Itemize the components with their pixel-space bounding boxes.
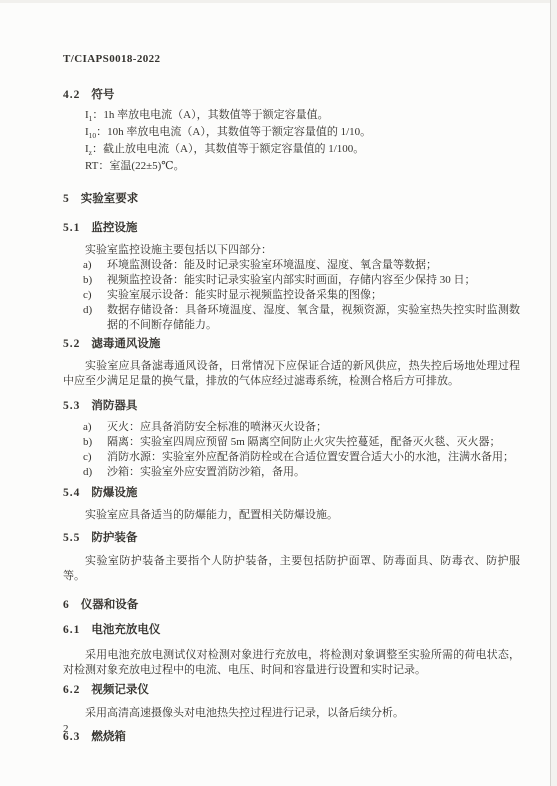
heading-4-2: 4.2符号 [63,88,520,103]
paragraph: 采用电池充放电测试仪对检测对象进行充放电，将检测对象调整至实验所需的荷电状态，对… [63,648,520,678]
page-content: T/CIAPS0018-2022 4.2符号 I1：1h 率放电电流（A），其数… [63,52,520,745]
list-item-text: 消防水源：实验室外应配备消防栓或在合适位置安置合适大小的水池，注满水备用； [107,450,520,465]
heading-5-3: 5.3消防器具 [63,399,520,414]
page-edge-line [550,0,551,786]
list-item-text: 沙箱：实验室外应安置消防沙箱，备用。 [107,465,520,480]
list-item: b)隔离：实验室四周应预留 5m 隔离空间防止火灾失控蔓延，配备灭火毯、灭火器； [63,435,520,450]
list-item-text: 实验室展示设备：能实时显示视频监控设备采集的图像； [107,288,520,303]
heading-number: 5.3 [63,399,80,414]
fire-equipment-list-block: a)灭火：应具备消防安全标准的喷淋灭火设备； b)隔离：实验室四周应预留 5m … [63,420,520,480]
list-item: c)消防水源：实验室外应配备消防栓或在合适位置安置合适大小的水池，注满水备用； [63,450,520,465]
heading-5-1: 5.1监控设施 [63,221,520,236]
document-page: T/CIAPS0018-2022 4.2符号 I1：1h 率放电电流（A），其数… [0,0,557,786]
symbol-item: I1：1h 率放电电流（A），其数值等于额定容量值。 [85,107,520,124]
heading-title: 实验室要求 [81,193,139,205]
list-item: b)视频监控设备：能实时记录实验室内部实时画面，存储内容至少保持 30 日； [63,273,520,288]
heading-number: 5.2 [63,337,80,352]
heading-title: 视频记录仪 [91,684,149,696]
list-marker: b) [63,435,107,450]
paragraph: 实验室应具备滤毒通风设备，日常情况下应保证合适的新风供应，热失控后场地处理过程中… [63,359,520,389]
heading-5-4: 5.4防爆设施 [63,486,520,501]
heading-5: 5实验室要求 [63,192,520,207]
heading-5-2: 5.2滤毒通风设施 [63,337,520,352]
heading-6-2: 6.2视频记录仪 [63,683,520,698]
list-item-text: 灭火：应具备消防安全标准的喷淋灭火设备； [107,420,520,435]
list-marker: a) [63,420,107,435]
list-marker: a) [63,258,107,273]
heading-title: 电池充放电仪 [91,624,160,636]
list-item: a)环境监测设备：能及时记录实验室环境温度、湿度、氧含量等数据； [63,258,520,273]
list-item-text: 隔离：实验室四周应预留 5m 隔离空间防止火灾失控蔓延，配备灭火毯、灭火器； [107,435,520,450]
list-item: d)沙箱：实验室外应安置消防沙箱，备用。 [63,465,520,480]
heading-6-3: 6.3燃烧箱 [63,730,520,745]
list-item-text: 数据存储设备：具备环境温度、湿度、氧含量，视频资源，实验室热失控实时监测数据的不… [107,303,520,333]
heading-number: 6.2 [63,683,80,698]
monitoring-list-block: 实验室监控设施主要包括以下四部分： a)环境监测设备：能及时记录实验室环境温度、… [63,243,520,333]
heading-title: 防护装备 [91,532,137,544]
heading-title: 监控设施 [91,222,137,234]
list-intro: 实验室监控设施主要包括以下四部分： [85,243,520,258]
paragraph: 采用高清高速摄像头对电池热失控过程进行记录，以备后续分析。 [63,706,520,721]
heading-number: 6.1 [63,623,80,638]
paragraph: 实验室应具备适当的防爆能力，配置相关防爆设施。 [63,508,520,523]
page-number: 2 [63,722,69,737]
heading-number: 6 [63,598,70,613]
heading-title: 仪器和设备 [81,599,139,611]
heading-number: 5.1 [63,221,80,236]
symbol-item: I10：10h 率放电电流（A），其数值等于额定容量值的 1/10。 [85,124,520,141]
list-item: a)灭火：应具备消防安全标准的喷淋灭火设备； [63,420,520,435]
heading-title: 消防器具 [91,400,137,412]
heading-6: 6仪器和设备 [63,598,520,613]
heading-number: 5 [63,192,70,207]
heading-number: 5.5 [63,531,80,546]
list-item-text: 视频监控设备：能实时记录实验室内部实时画面，存储内容至少保持 30 日； [107,273,520,288]
heading-number: 5.4 [63,486,80,501]
heading-title: 符号 [91,89,114,101]
symbol-desc: ：10h 率放电电流（A），其数值等于额定容量值的 1/10。 [96,126,371,138]
paragraph: 实验室防护装备主要指个人防护装备，主要包括防护面罩、防毒面具、防毒衣、防护服等。 [63,554,520,584]
symbol-item: RT：室温(22±5)℃。 [85,158,520,175]
list-item: c)实验室展示设备：能实时显示视频监控设备采集的图像； [63,288,520,303]
list-item-text: 环境监测设备：能及时记录实验室环境温度、湿度、氧含量等数据； [107,258,520,273]
list-marker: d) [63,465,107,480]
list-item: d)数据存储设备：具备环境温度、湿度、氧含量，视频资源，实验室热失控实时监测数据… [63,303,520,333]
list-marker: c) [63,288,107,303]
symbol-list: I1：1h 率放电电流（A），其数值等于额定容量值。 I10：10h 率放电电流… [85,107,520,175]
symbol-desc: ：截止放电电流（A），其数值等于额定容量值的 1/100。 [92,143,364,155]
symbol-item: Iz：截止放电电流（A），其数值等于额定容量值的 1/100。 [85,141,520,158]
heading-title: 滤毒通风设施 [91,338,160,350]
standard-code-header: T/CIAPS0018-2022 [63,52,520,67]
symbol-desc: ：室温(22±5)℃。 [98,160,184,172]
symbol-base: RT [85,160,98,172]
heading-6-1: 6.1电池充放电仪 [63,623,520,638]
heading-number: 4.2 [63,88,80,103]
heading-5-5: 5.5防护装备 [63,531,520,546]
symbol-desc: ：1h 率放电电流（A），其数值等于额定容量值。 [92,109,328,121]
heading-title: 燃烧箱 [91,731,126,743]
page-edge-shade [551,0,557,786]
heading-title: 防爆设施 [91,487,137,499]
list-marker: d) [63,303,107,333]
list-marker: b) [63,273,107,288]
list-marker: c) [63,450,107,465]
